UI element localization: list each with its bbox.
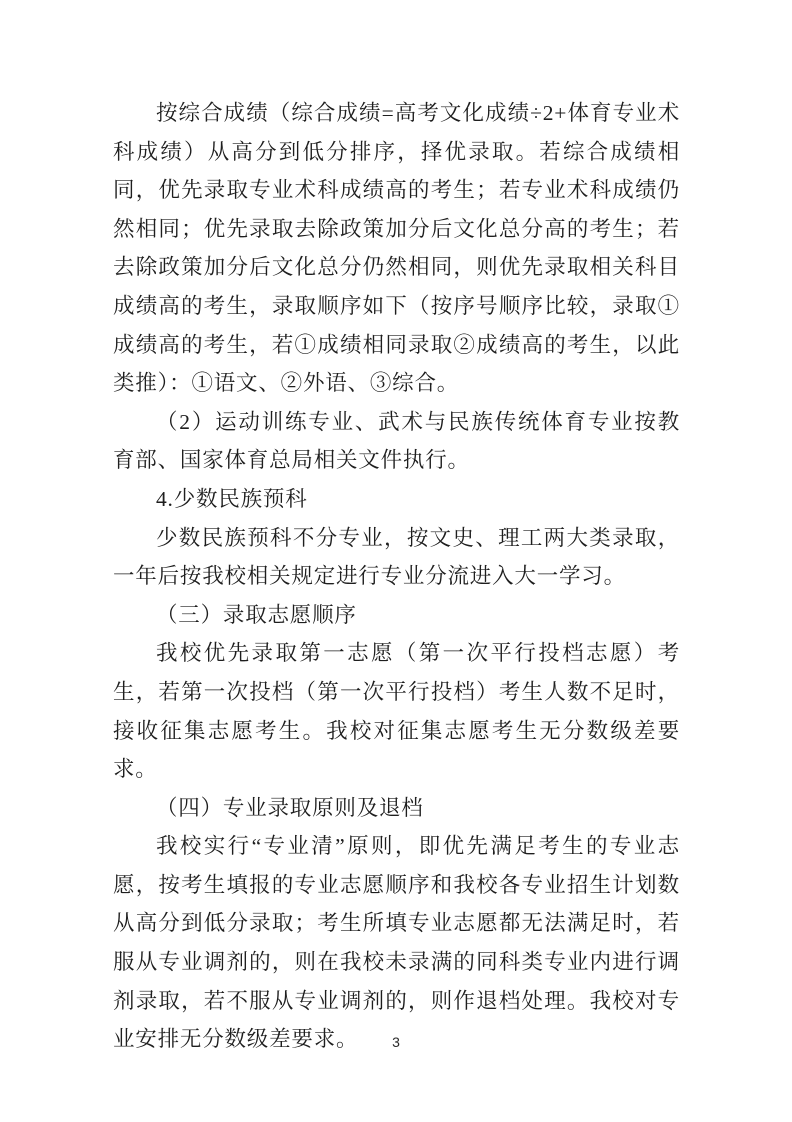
paragraph-admission-volunteer-order: 我校优先录取第一志愿（第一次平行投档志愿）考生，若第一次投档（第一次平行投档）考… — [113, 634, 680, 788]
page-footer: 3 — [0, 1032, 792, 1052]
heading-minority-preparatory: 4.少数民族预科 — [113, 480, 680, 519]
heading-admission-volunteer-order: （三）录取志愿顺序 — [113, 596, 680, 635]
paragraph-major-admission-principle: 我校实行“专业清”原则，即优先满足考生的专业志愿，按考生填报的专业志愿顺序和我校… — [113, 827, 680, 1059]
document-page: 按综合成绩（综合成绩=高考文化成绩÷2+体育专业术科成绩）从高分到低分排序，择优… — [0, 0, 792, 1122]
paragraph-sports-training-majors: （2）运动训练专业、武术与民族传统体育专业按教育部、国家体育总局相关文件执行。 — [113, 403, 680, 480]
heading-major-admission-principle: （四）专业录取原则及退档 — [113, 789, 680, 828]
paragraph-minority-preparatory: 少数民族预科不分专业，按文史、理工两大类录取，一年后按我校相关规定进行专业分流进… — [113, 519, 680, 596]
document-body: 按综合成绩（综合成绩=高考文化成绩÷2+体育专业术科成绩）从高分到低分排序，择优… — [113, 94, 680, 1059]
page-number: 3 — [392, 1034, 400, 1050]
paragraph-comprehensive-score-rule: 按综合成绩（综合成绩=高考文化成绩÷2+体育专业术科成绩）从高分到低分排序，择优… — [113, 94, 680, 403]
